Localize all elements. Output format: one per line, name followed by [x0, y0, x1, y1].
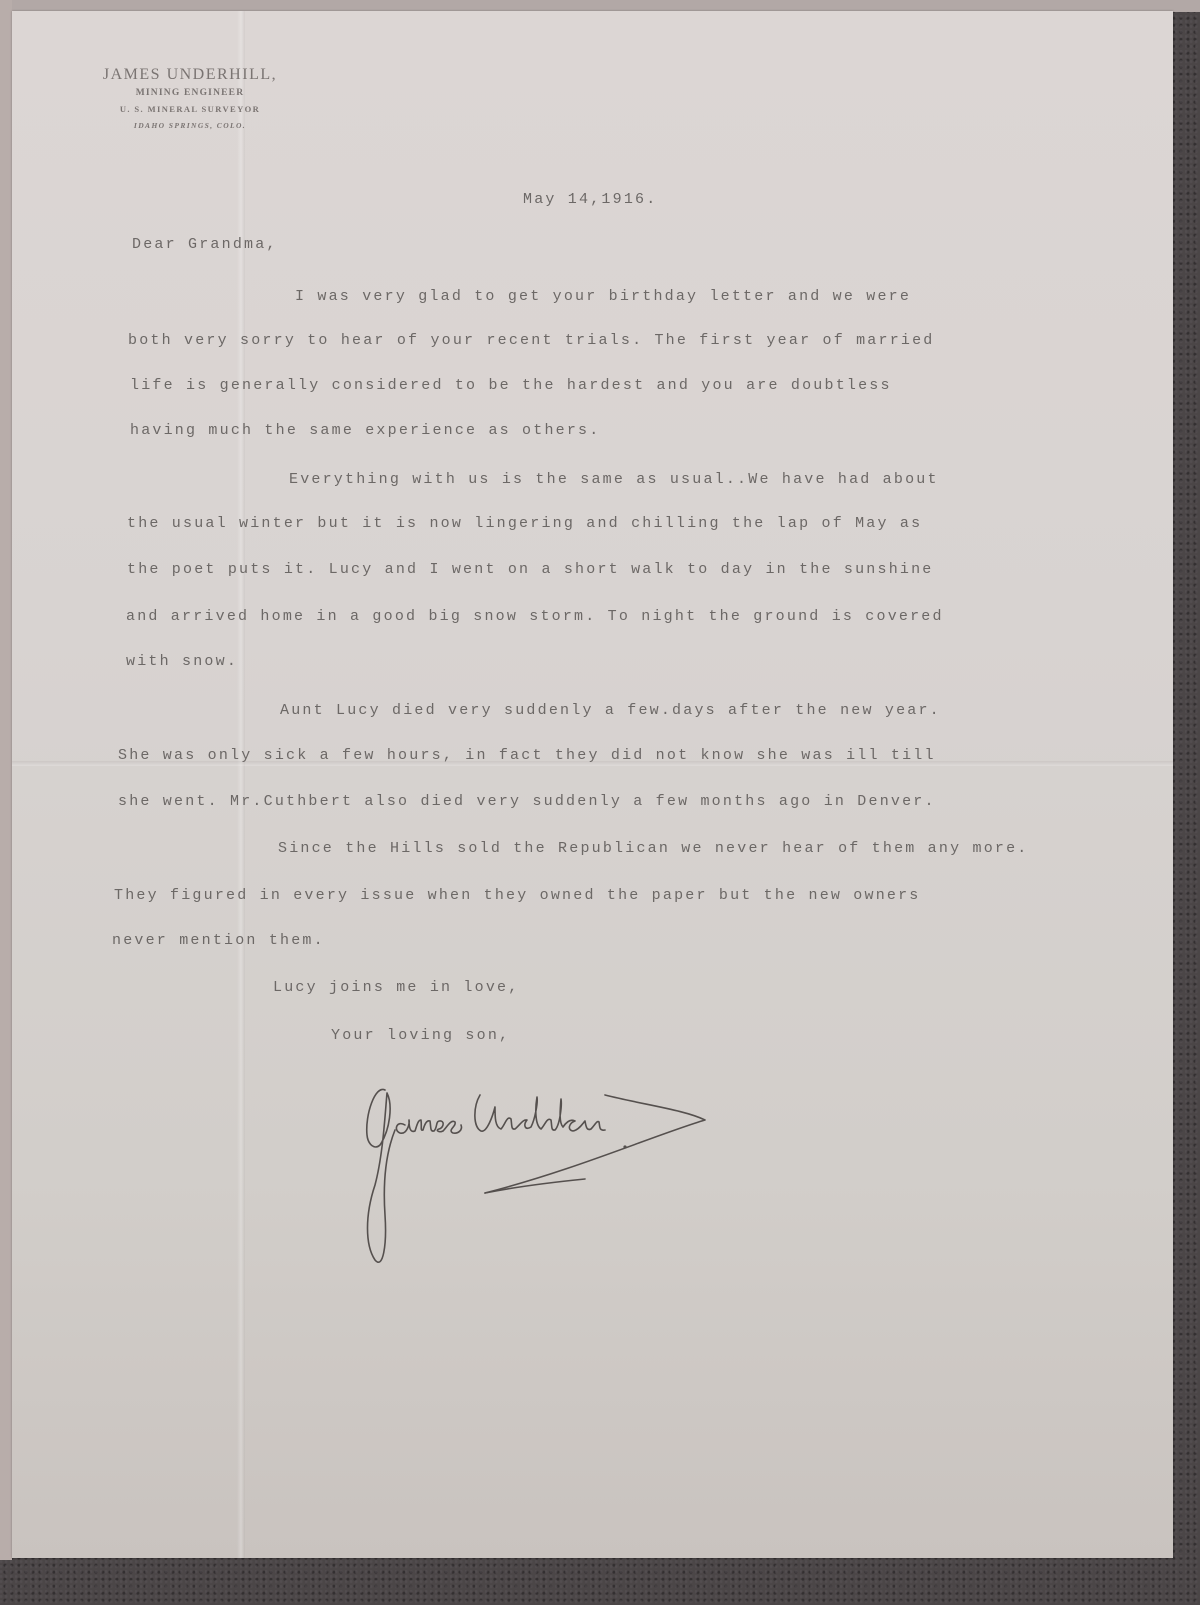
body-line: Aunt Lucy died very suddenly a few.days … — [280, 702, 941, 719]
body-line: and arrived home in a good big snow stor… — [126, 608, 944, 625]
signature-james-underhill — [355, 1075, 735, 1275]
body-line: the usual winter but it is now lingering… — [127, 515, 922, 532]
body-line: having much the same experience as other… — [130, 422, 600, 439]
letterhead-title: MINING ENGINEER — [60, 88, 320, 98]
letterhead-name: JAMES UNDERHILL, — [60, 66, 320, 84]
body-line: Since the Hills sold the Republican we n… — [278, 840, 1029, 857]
letter-date: May 14,1916. — [523, 191, 657, 208]
body-line: They figured in every issue when they ow… — [114, 887, 921, 904]
body-line: life is generally considered to be the h… — [130, 377, 892, 394]
body-line: the poet puts it. Lucy and I went on a s… — [127, 561, 934, 578]
closing-line: Your loving son, — [331, 1027, 510, 1044]
letterhead-location: IDAHO SPRINGS, COLO. — [60, 121, 320, 130]
body-line: She was only sick a few hours, in fact t… — [118, 747, 936, 764]
left-edge-band — [0, 0, 12, 1560]
body-line: never mention them. — [112, 932, 325, 949]
body-line: Everything with us is the same as usual.… — [289, 471, 939, 488]
body-line: with snow. — [126, 653, 238, 670]
letterhead-position: U. S. MINERAL SURVEYOR — [60, 104, 320, 114]
letter-paper: JAMES UNDERHILL, MINING ENGINEER U. S. M… — [12, 11, 1173, 1558]
letterhead: JAMES UNDERHILL, MINING ENGINEER U. S. M… — [60, 66, 320, 130]
salutation: Dear Grandma, — [132, 236, 278, 253]
body-line: both very sorry to hear of your recent t… — [128, 332, 935, 349]
body-line: I was very glad to get your birthday let… — [295, 288, 911, 305]
body-line: she went. Mr.Cuthbert also died very sud… — [118, 793, 936, 810]
closing-line: Lucy joins me in love, — [273, 979, 519, 996]
